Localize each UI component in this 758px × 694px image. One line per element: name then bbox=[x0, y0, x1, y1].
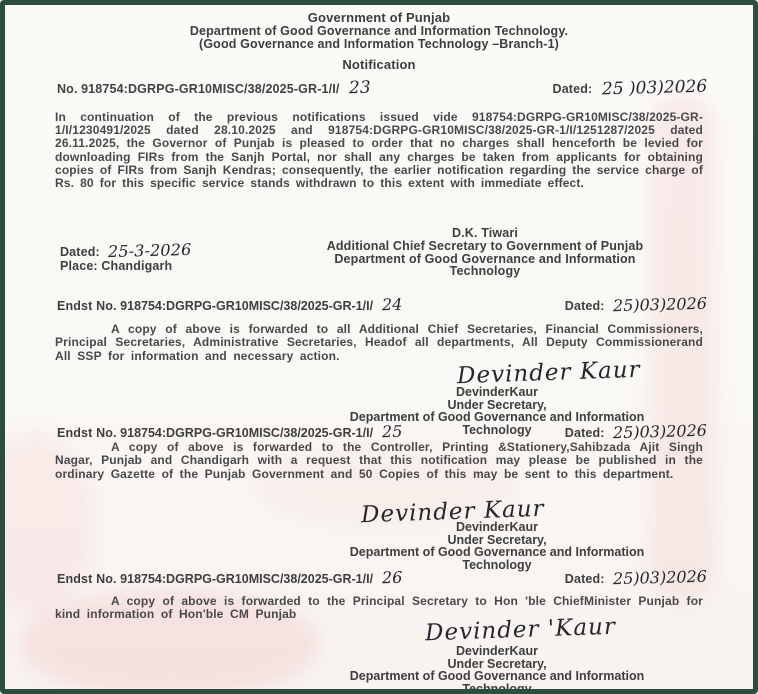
endorsement-2-number-handwritten: 25 bbox=[381, 422, 402, 442]
endorsement-3-date-label: Dated: bbox=[565, 572, 605, 586]
endorsement-3-signature-handwritten: Devinder 'Kaur bbox=[425, 614, 617, 647]
notification-body-paragraph: In continuation of the previous notifica… bbox=[55, 111, 703, 190]
endorsement-1-number-handwritten: 24 bbox=[381, 295, 402, 315]
endorsement-2-value: 918754:DGRPG-GR10MISC/38/2025-GR-1/I/ bbox=[120, 426, 373, 440]
signatory-name: D.K. Tiwari bbox=[267, 227, 703, 240]
endorsement-3-number-handwritten: 26 bbox=[381, 568, 402, 588]
endorsement-1-number: Endst No. 918754:DGRPG-GR10MISC/38/2025-… bbox=[57, 297, 402, 314]
department-title: Department of Good Governance and Inform… bbox=[5, 25, 753, 37]
endorsement-3-number: Endst No. 918754:DGRPG-GR10MISC/38/2025-… bbox=[57, 570, 402, 587]
endorsement-3-signature-block: DevinderKaur Under Secretary, Department… bbox=[327, 645, 667, 694]
dated-label: Dated: bbox=[60, 245, 100, 259]
endorsement-3-value: 918754:DGRPG-GR10MISC/38/2025-GR-1/I/ bbox=[120, 572, 373, 586]
endorsement-2-signature-block: DevinderKaur Under Secretary, Department… bbox=[327, 521, 667, 571]
dated-row: Dated: 25-3-2026 bbox=[60, 245, 192, 259]
endorsement-3-signer-name: DevinderKaur bbox=[327, 645, 667, 658]
signatory-block: D.K. Tiwari Additional Chief Secretary t… bbox=[267, 227, 703, 278]
reference-number: No. 918754:DGRPG-GR10MISC/38/2025-GR-1/I… bbox=[57, 81, 371, 98]
endorsement-2-number: Endst No. 918754:DGRPG-GR10MISC/38/2025-… bbox=[57, 424, 402, 441]
endorsement-2-date-handwritten: 25)03)2026 bbox=[613, 421, 707, 442]
endorsement-2-signer-name: DevinderKaur bbox=[327, 521, 667, 534]
endorsement-3-signer-department: Department of Good Governance and Inform… bbox=[347, 670, 647, 694]
endorsement-1-signer-name: DevinderKaur bbox=[327, 386, 667, 399]
signatory-title: Additional Chief Secretary to Government… bbox=[267, 240, 703, 253]
dated-handwritten: 25-3-2026 bbox=[108, 243, 192, 259]
endorsement-3-row: Endst No. 918754:DGRPG-GR10MISC/38/2025-… bbox=[57, 570, 707, 587]
document-header: Government of Punjab Department of Good … bbox=[5, 12, 753, 50]
endorsement-2-date-label: Dated: bbox=[565, 426, 605, 440]
endorsement-1-label: Endst No. bbox=[57, 299, 117, 313]
date-label: Dated: bbox=[553, 82, 593, 96]
scanned-notification-document: Government of Punjab Department of Good … bbox=[0, 0, 758, 694]
endorsement-1-date-label: Dated: bbox=[565, 299, 605, 313]
reference-label: No. bbox=[57, 82, 78, 96]
date-handwritten: 25 )03)2026 bbox=[602, 77, 708, 100]
branch-subtitle: (Good Governance and Information Technol… bbox=[5, 38, 753, 50]
endorsement-2-label: Endst No. bbox=[57, 426, 117, 440]
endorsement-3-date: Dated: 25)03)2026 bbox=[565, 570, 707, 587]
endorsement-2-date: Dated: 25)03)2026 bbox=[565, 424, 707, 441]
government-title: Government of Punjab bbox=[5, 12, 753, 24]
endorsement-1-date: Dated: 25)03)2026 bbox=[565, 297, 707, 314]
place-value: Chandigarh bbox=[101, 259, 172, 273]
endorsement-2-paragraph: A copy of above is forwarded to the Cont… bbox=[55, 441, 703, 481]
place-row: Place: Chandigarh bbox=[60, 259, 192, 273]
signatory-department: Department of Good Governance and Inform… bbox=[300, 253, 670, 279]
endorsement-3-date-handwritten: 25)03)2026 bbox=[613, 567, 707, 588]
date-place-block: Dated: 25-3-2026 Place: Chandigarh bbox=[60, 245, 192, 273]
reference-date: Dated: 25 )03)2026 bbox=[553, 81, 707, 98]
place-label: Place: bbox=[60, 259, 98, 273]
reference-number-row: No. 918754:DGRPG-GR10MISC/38/2025-GR-1/I… bbox=[57, 81, 707, 98]
endorsement-1-paragraph: A copy of above is forwarded to all Addi… bbox=[55, 323, 703, 363]
notification-title: Notification bbox=[5, 57, 753, 72]
reference-number-handwritten: 23 bbox=[349, 78, 371, 99]
endorsement-1-value: 918754:DGRPG-GR10MISC/38/2025-GR-1/I/ bbox=[120, 299, 373, 313]
endorsement-1-row: Endst No. 918754:DGRPG-GR10MISC/38/2025-… bbox=[57, 297, 707, 314]
endorsement-3-label: Endst No. bbox=[57, 572, 117, 586]
endorsement-2-row: Endst No. 918754:DGRPG-GR10MISC/38/2025-… bbox=[57, 424, 707, 441]
endorsement-1-date-handwritten: 25)03)2026 bbox=[613, 294, 707, 315]
reference-value: 918754:DGRPG-GR10MISC/38/2025-GR-1/I/ bbox=[81, 82, 339, 96]
